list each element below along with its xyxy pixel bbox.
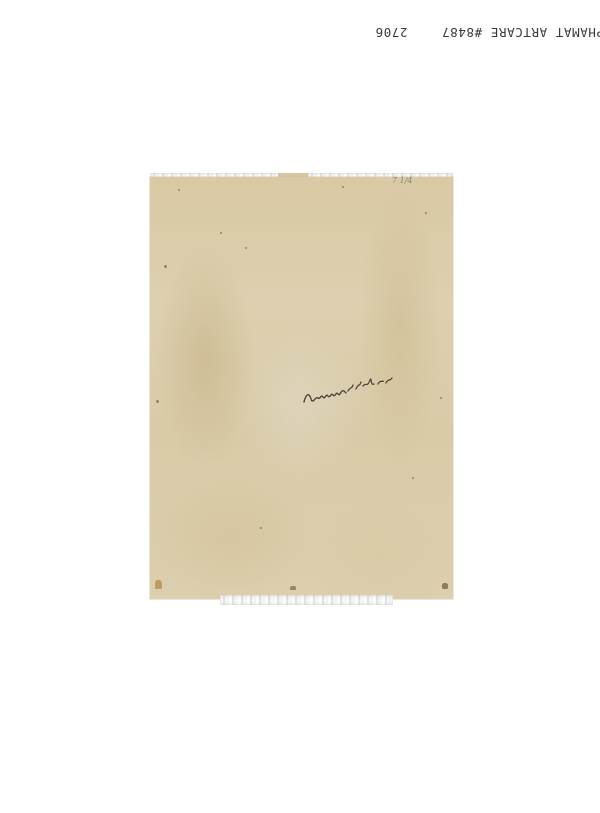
scan-label-code: 2706 [375,26,408,40]
foxing-speck [220,232,222,234]
scan-label: PHAMAT ARTCARE #8487 2706 [375,26,600,40]
foxing-speck [342,186,344,188]
foxing-speck [440,397,442,399]
foxing-speck [425,212,427,214]
pencil-mark: 7 1/4 [392,176,413,185]
corner-stain [442,583,448,589]
foxing-speck [245,247,247,249]
scan-label-text: PHAMAT ARTCARE #8487 [441,26,600,40]
foxing-speck [156,400,159,403]
corner-stain [290,586,296,590]
handwritten-inscription [300,372,400,408]
foxing-speck [178,189,180,191]
foxing-speck [412,477,414,479]
tape-bottom [220,595,393,605]
signature-icon [300,372,400,408]
foxing-speck [164,265,167,268]
foxing-speck [260,527,262,529]
corner-stain [155,580,162,589]
